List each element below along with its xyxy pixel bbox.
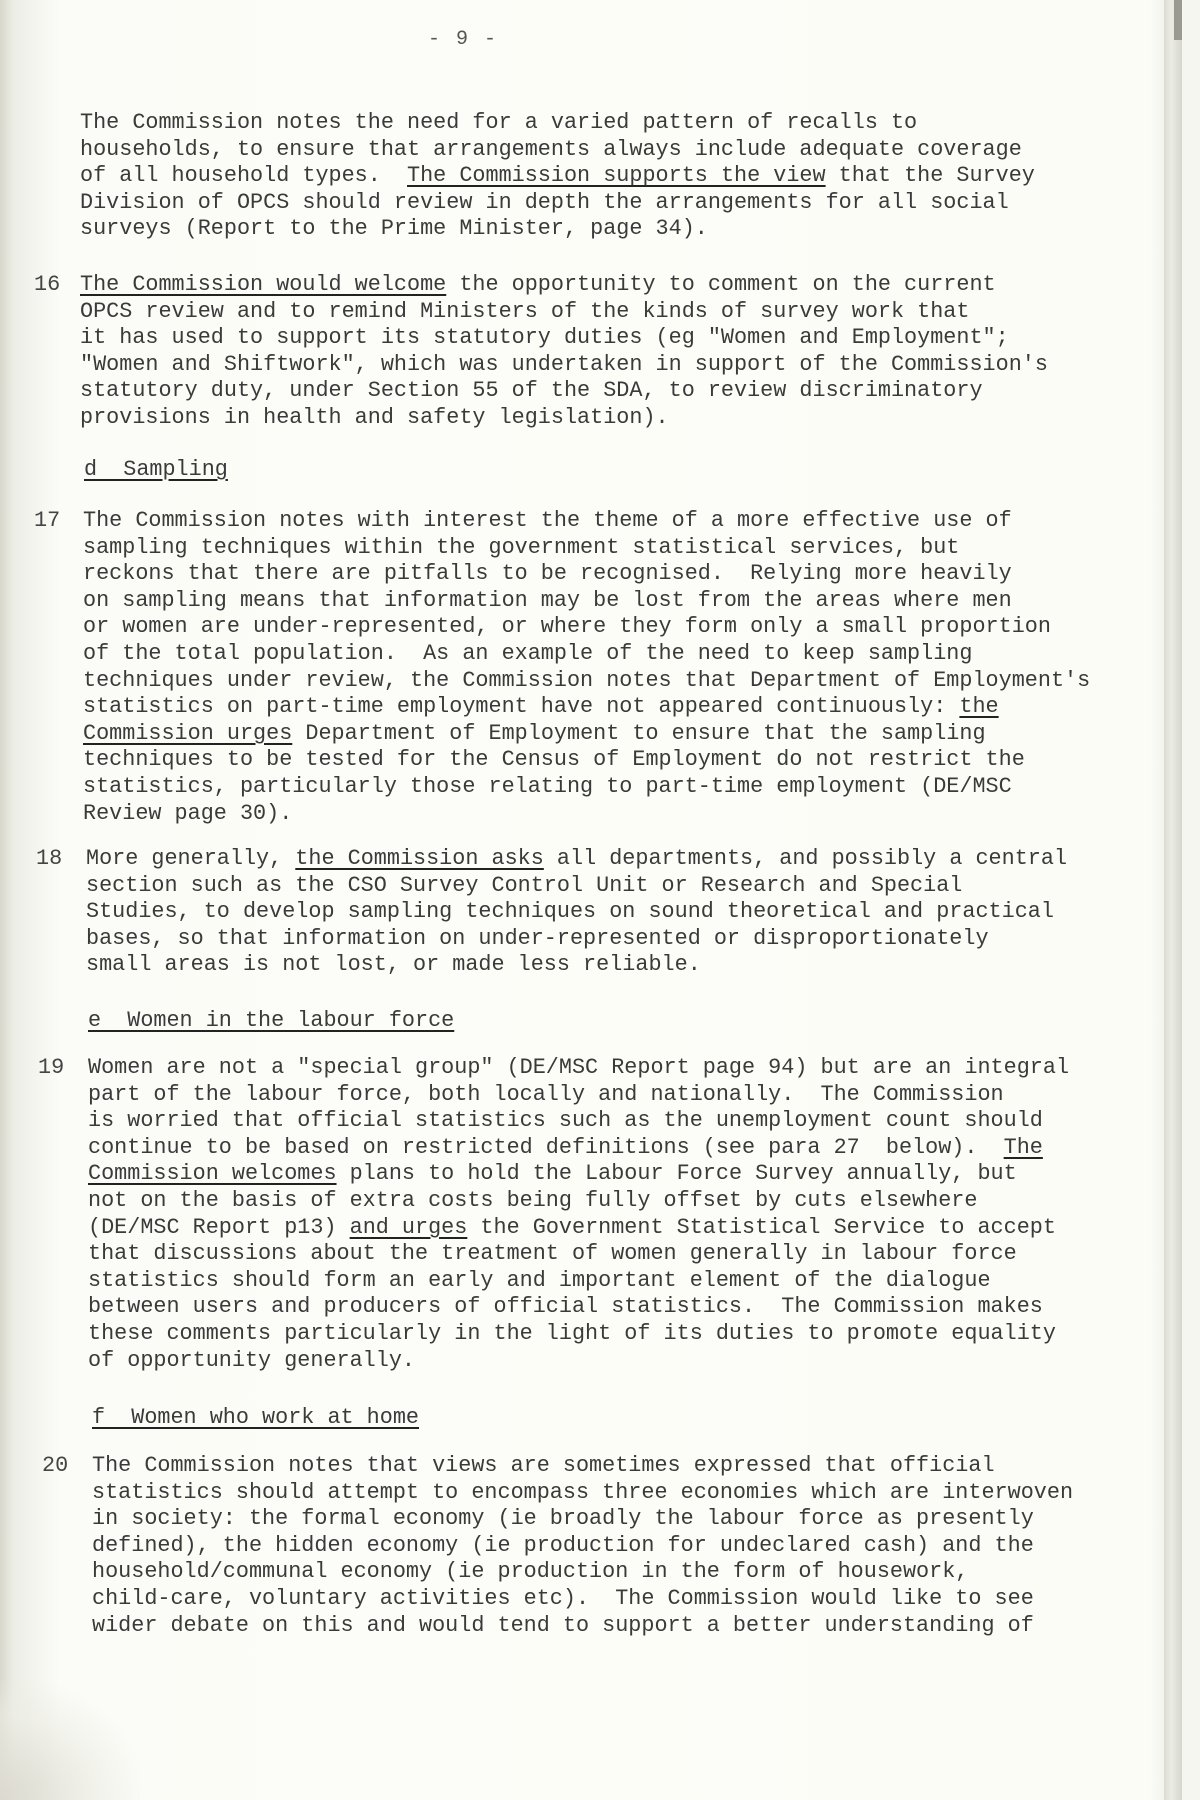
- text-line: Commission urges Department of Employmen…: [83, 721, 1090, 748]
- text-line: reckons that there are pitfalls to be re…: [83, 561, 1090, 588]
- underlined-phrase: the: [959, 694, 998, 719]
- text-run: (DE/MSC Report p13): [88, 1215, 350, 1240]
- text-line: statistics should form an early and impo…: [88, 1268, 1069, 1295]
- text-run: household/communal economy (ie productio…: [92, 1559, 968, 1584]
- text-line: households, to ensure that arrangements …: [80, 137, 1035, 164]
- text-run: all departments, and possibly a central: [544, 846, 1067, 871]
- underlined-phrase: The Commission supports the view: [407, 163, 826, 188]
- underlined-phrase: the Commission asks: [295, 846, 544, 871]
- text-line: section such as the CSO Survey Control U…: [86, 873, 1067, 900]
- text-line: Women are not a "special group" (DE/MSC …: [88, 1055, 1069, 1082]
- paragraph-number-16: 16: [34, 272, 60, 299]
- text-run: Studies, to develop sampling techniques …: [86, 899, 1054, 924]
- text-run: it has used to support its statutory dut…: [80, 325, 1009, 350]
- text-run: on sampling means that information may b…: [83, 588, 1012, 613]
- section-heading-women-labour-force: e Women in the labour force: [88, 1008, 454, 1035]
- text-line: or women are under-represented, or where…: [83, 614, 1090, 641]
- text-run: The Commission notes with interest the t…: [83, 508, 1012, 533]
- text-run: in society: the formal economy (ie broad…: [92, 1506, 1034, 1531]
- text-line: of the total population. As an example o…: [83, 641, 1090, 668]
- text-run: these comments particularly in the light…: [88, 1321, 1056, 1346]
- text-line: in society: the formal economy (ie broad…: [92, 1506, 1073, 1533]
- text-run: provisions in health and safety legislat…: [80, 405, 669, 430]
- text-run: sampling techniques within the governmen…: [83, 535, 959, 560]
- text-run: "Women and Shiftwork", which was underta…: [80, 352, 1048, 377]
- paragraph-number-18: 18: [36, 846, 62, 873]
- text-run: bases, so that information on under-repr…: [86, 926, 989, 951]
- text-run: of opportunity generally.: [88, 1348, 415, 1373]
- paragraph-19: Women are not a "special group" (DE/MSC …: [88, 1055, 1069, 1374]
- underlined-phrase: The: [1004, 1135, 1043, 1160]
- text-line: More generally, the Commission asks all …: [86, 846, 1067, 873]
- text-line: statistics, particularly those relating …: [83, 774, 1090, 801]
- text-run: reckons that there are pitfalls to be re…: [83, 561, 1012, 586]
- text-run: techniques under review, the Commission …: [83, 668, 1090, 693]
- text-line: "Women and Shiftwork", which was underta…: [80, 352, 1048, 379]
- text-line: techniques to be tested for the Census o…: [83, 747, 1090, 774]
- underlined-phrase: Commission welcomes: [88, 1161, 337, 1186]
- section-heading-sampling: d Sampling: [84, 457, 228, 484]
- text-run: The Commission notes the need for a vari…: [80, 110, 917, 135]
- text-line: techniques under review, the Commission …: [83, 668, 1090, 695]
- text-run: Department of Employment to ensure that …: [292, 721, 985, 746]
- text-line: it has used to support its statutory dut…: [80, 325, 1048, 352]
- text-run: surveys (Report to the Prime Minister, p…: [80, 216, 708, 241]
- text-line: (DE/MSC Report p13) and urges the Govern…: [88, 1215, 1069, 1242]
- paragraph-18: More generally, the Commission asks all …: [86, 846, 1067, 979]
- text-line: small areas is not lost, or made less re…: [86, 952, 1067, 979]
- text-line: not on the basis of extra costs being fu…: [88, 1188, 1069, 1215]
- text-line: Commission welcomes plans to hold the La…: [88, 1161, 1069, 1188]
- text-run: plans to hold the Labour Force Survey an…: [337, 1161, 1017, 1186]
- text-run: Women are not a "special group" (DE/MSC …: [88, 1055, 1069, 1080]
- text-line: surveys (Report to the Prime Minister, p…: [80, 216, 1035, 243]
- text-line: The Commission notes the need for a vari…: [80, 110, 1035, 137]
- binding-shadow: [1174, 0, 1182, 40]
- text-line: household/communal economy (ie productio…: [92, 1559, 1073, 1586]
- text-line: between users and producers of official …: [88, 1294, 1069, 1321]
- text-run: is worried that official statistics such…: [88, 1108, 1043, 1133]
- section-heading-women-work-home: f Women who work at home: [92, 1405, 419, 1432]
- text-line: child-care, voluntary activities etc). T…: [92, 1586, 1073, 1613]
- text-line: Division of OPCS should review in depth …: [80, 190, 1035, 217]
- text-line: these comments particularly in the light…: [88, 1321, 1069, 1348]
- text-line: of all household types. The Commission s…: [80, 163, 1035, 190]
- text-run: or women are under-represented, or where…: [83, 614, 1051, 639]
- text-run: child-care, voluntary activities etc). T…: [92, 1586, 1034, 1611]
- text-line: statistics on part-time employment have …: [83, 694, 1090, 721]
- underlined-phrase: The Commission would welcome: [80, 272, 446, 297]
- text-line: wider debate on this and would tend to s…: [92, 1613, 1073, 1640]
- text-run: techniques to be tested for the Census o…: [83, 747, 1025, 772]
- text-run: statistics on part-time employment have …: [83, 694, 959, 719]
- text-run: between users and producers of official …: [88, 1294, 1043, 1319]
- document-page: - 9 - The Commission notes the need for …: [0, 0, 1182, 1800]
- text-run: part of the labour force, both locally a…: [88, 1082, 1004, 1107]
- text-run: section such as the CSO Survey Control U…: [86, 873, 962, 898]
- text-line: part of the labour force, both locally a…: [88, 1082, 1069, 1109]
- page-edge: [1164, 0, 1182, 1800]
- text-run: statistics should form an early and impo…: [88, 1268, 991, 1293]
- page-curl-shadow: [0, 1680, 140, 1800]
- text-run: statistics, particularly those relating …: [83, 774, 1012, 799]
- text-run: defined), the hidden economy (ie product…: [92, 1533, 1034, 1558]
- paragraph-20: The Commission notes that views are some…: [92, 1453, 1073, 1639]
- text-line: of opportunity generally.: [88, 1348, 1069, 1375]
- paragraph-number-19: 19: [38, 1055, 64, 1082]
- underlined-phrase: Commission urges: [83, 721, 292, 746]
- text-line: is worried that official statistics such…: [88, 1108, 1069, 1135]
- paragraph-17: The Commission notes with interest the t…: [83, 508, 1090, 827]
- text-run: households, to ensure that arrangements …: [80, 137, 1022, 162]
- text-line: provisions in health and safety legislat…: [80, 405, 1048, 432]
- text-run: that discussions about the treatment of …: [88, 1241, 1017, 1266]
- text-line: that discussions about the treatment of …: [88, 1241, 1069, 1268]
- text-run: Division of OPCS should review in depth …: [80, 190, 1009, 215]
- text-run: the opportunity to comment on the curren…: [446, 272, 995, 297]
- text-run: that the Survey: [826, 163, 1035, 188]
- page-number: - 9 -: [428, 28, 498, 51]
- text-line: sampling techniques within the governmen…: [83, 535, 1090, 562]
- text-line: The Commission would welcome the opportu…: [80, 272, 1048, 299]
- underlined-phrase: and urges: [350, 1215, 468, 1240]
- paragraph-number-17: 17: [34, 508, 60, 535]
- text-line: Review page 30).: [83, 801, 1090, 828]
- text-line: statutory duty, under Section 55 of the …: [80, 378, 1048, 405]
- text-run: The Commission notes that views are some…: [92, 1453, 995, 1478]
- text-line: The Commission notes that views are some…: [92, 1453, 1073, 1480]
- text-run: statistics should attempt to encompass t…: [92, 1480, 1073, 1505]
- text-run: not on the basis of extra costs being fu…: [88, 1188, 977, 1213]
- text-line: continue to be based on restricted defin…: [88, 1135, 1069, 1162]
- paragraph-number-20: 20: [42, 1453, 68, 1480]
- text-run: More generally,: [86, 846, 295, 871]
- text-line: bases, so that information on under-repr…: [86, 926, 1067, 953]
- text-line: defined), the hidden economy (ie product…: [92, 1533, 1073, 1560]
- text-run: OPCS review and to remind Ministers of t…: [80, 299, 969, 324]
- paragraph-15-continued: The Commission notes the need for a vari…: [80, 110, 1035, 243]
- text-run: wider debate on this and would tend to s…: [92, 1613, 1034, 1638]
- text-line: statistics should attempt to encompass t…: [92, 1480, 1073, 1507]
- text-run: statutory duty, under Section 55 of the …: [80, 378, 983, 403]
- text-line: Studies, to develop sampling techniques …: [86, 899, 1067, 926]
- paragraph-16: The Commission would welcome the opportu…: [80, 272, 1048, 432]
- text-run: continue to be based on restricted defin…: [88, 1135, 1004, 1160]
- text-line: on sampling means that information may b…: [83, 588, 1090, 615]
- text-line: The Commission notes with interest the t…: [83, 508, 1090, 535]
- text-run: small areas is not lost, or made less re…: [86, 952, 701, 977]
- text-run: Review page 30).: [83, 801, 292, 826]
- text-run: of all household types.: [80, 163, 407, 188]
- text-run: the Government Statistical Service to ac…: [467, 1215, 1056, 1240]
- text-run: of the total population. As an example o…: [83, 641, 972, 666]
- text-line: OPCS review and to remind Ministers of t…: [80, 299, 1048, 326]
